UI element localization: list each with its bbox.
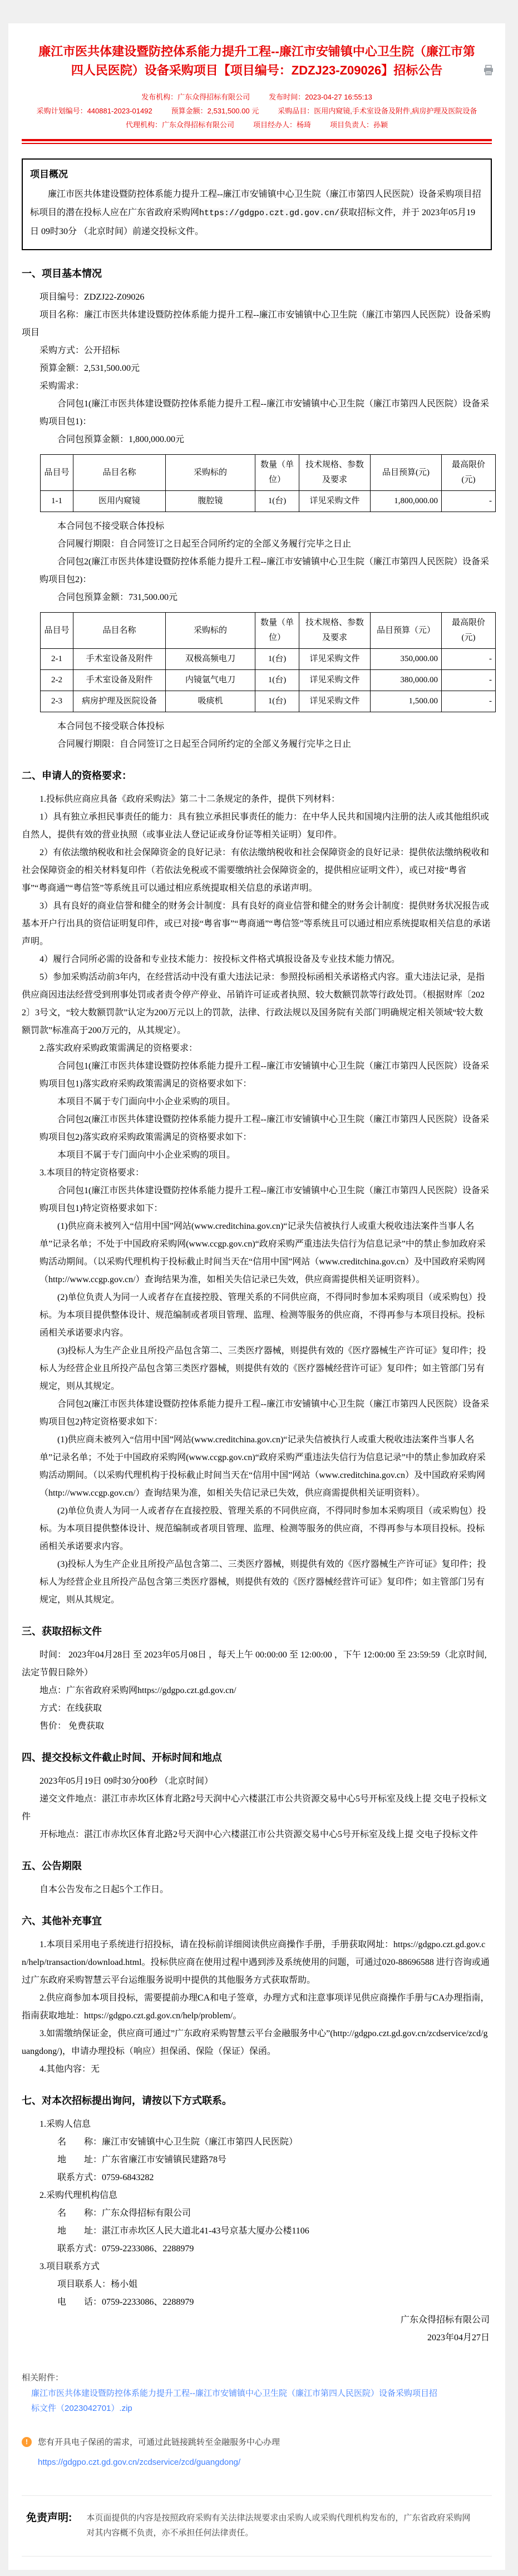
meta-item: 预算金额：2,531,500.00 元 [171, 104, 259, 118]
table-header-cell: 采购标的 [166, 455, 255, 491]
section-heading: 五、公告期限 [22, 1857, 492, 1875]
table-header-cell: 数量（单位） [255, 455, 299, 491]
attachments-list: 廉江市医共体建设暨防控体系能力提升工程--廉江市安铺镇中心卫生院（廉江市第四人民… [22, 2386, 492, 2416]
paragraph: 5）参加采购活动前3年内，在经营活动中没有重大违法记录：参照投标函相关承诺格式内… [22, 969, 492, 1040]
paragraph: 合同包2(廉江市医共体建设暨防控体系能力提升工程--廉江市安铺镇中心卫生院（廉江… [40, 1111, 492, 1146]
table-header-row: 品目号品目名称采购标的数量（单位）技术规格、参数及要求品目预算(元)最高限价(元… [41, 455, 496, 491]
items-table: 品目号品目名称采购标的数量（单位）技术规格、参数及要求品目预算(元)最高限价(元… [40, 454, 496, 512]
paragraph: 合同包1(廉江市医共体建设暨防控体系能力提升工程--廉江市安铺镇中心卫生院（廉江… [40, 1182, 492, 1218]
paragraph: 地点：广东省政府采购网https://gdgpo.czt.gd.gov.cn/ [22, 1682, 492, 1700]
paragraph: 合同包2(廉江市医共体建设暨防控体系能力提升工程--廉江市安铺镇中心卫生院（廉江… [40, 1396, 492, 1431]
paragraph: 采购需求： [22, 378, 492, 395]
paragraph: 递交文件地点：湛江市赤坎区体育北路2号天润中心六楼湛江市公共资源交易中心5号开标… [22, 1790, 492, 1826]
paragraph: (2)单位负责人为同一人或者存在直接控股、管理关系的不同供应商，不得同时参加本采… [40, 1502, 492, 1556]
table-cell: - [442, 649, 496, 670]
paragraph: 方式：在线获取 [22, 1700, 492, 1718]
section-heading: 七、对本次招标提出询问，请按以下方式联系。 [22, 2092, 492, 2110]
table-cell: 详见采购文件 [299, 649, 371, 670]
meta-item: 项目经办人：杨琦 [253, 118, 311, 132]
table-row: 2-2手术室设备及附件内镜氩气电刀1(台)详见采购文件380,000.00- [41, 670, 496, 691]
meta-item: 发布机构：广东众得招标有限公司 [141, 90, 250, 104]
section-heading: 三、获取招标文件 [22, 1622, 492, 1641]
table-cell: - [442, 670, 496, 691]
paragraph: 预算金额：2,531,500.00元 [22, 360, 492, 378]
table-row: 2-1手术室设备及附件双极高频电刀1(台)详见采购文件350,000.00- [41, 649, 496, 670]
paragraph: 项目联系人：杨小姐 [40, 2276, 492, 2294]
paragraph: 地 址：广东省廉江市安铺镇民建路78号 [40, 2151, 492, 2169]
table-cell: 病房护理及医院设备 [73, 691, 166, 712]
overview-title: 项目概况 [30, 166, 484, 183]
warning-icon: ! [22, 2437, 32, 2447]
table-cell: 1,800,000.00 [371, 491, 442, 512]
paragraph: 联系方式：0759-6843282 [40, 2169, 492, 2187]
paragraph: 3.项目联系方式 [22, 2258, 492, 2276]
notice-text: 您有开具电子保函的需求，可通过此链接跳转至金融服务中心办理 [38, 2436, 280, 2449]
paragraph: 售价： 免费获取 [22, 1718, 492, 1735]
meta-item: 代理机构：广东众得招标有限公司 [126, 118, 234, 132]
paragraph: 1）具有独立承担民事责任的能力：具有独立承担民事责任的能力：在中华人民共和国境内… [22, 808, 492, 844]
announcement-panel: 廉江市医共体建设暨防控体系能力提升工程--廉江市安铺镇中心卫生院（廉江市第四人民… [8, 23, 505, 2570]
paragraph: 电 话：0759-2233086、2288979 [40, 2294, 492, 2311]
attachments-label: 相关附件： [22, 2370, 492, 2386]
paragraph: 名 称：广东众得招标有限公司 [40, 2205, 492, 2222]
printer-icon[interactable] [483, 64, 494, 76]
table-cell: 380,000.00 [371, 670, 442, 691]
meta-line: 发布机构：广东众得招标有限公司发布时间：2023-04-27 16:55:13 [22, 90, 492, 104]
paragraph: (3)投标人为生产企业且所投产品包含第二、三类医疗器械，则提供有效的《医疗器械生… [40, 1556, 492, 1609]
section-heading: 六、其他补充事宜 [22, 1912, 492, 1930]
table-row: 2-3病房护理及医院设备吸痰机1(台)详见采购文件1,500.00- [41, 691, 496, 712]
paragraph: 3.如需缴纳保证金，供应商可通过”广东政府采购智慧云平台金融服务中心”(http… [22, 2025, 492, 2061]
table-cell: 1-1 [41, 491, 73, 512]
paragraph: 开标地点：湛江市赤坎区体育北路2号天润中心六楼湛江市公共资源交易中心5号开标室及… [22, 1826, 492, 1844]
table-header-cell: 品目名称 [73, 455, 166, 491]
paragraph: 1.投标供应商应具备《政府采购法》第二十二条规定的条件，提供下列材料： [22, 791, 492, 808]
table-cell: 手术室设备及附件 [73, 649, 166, 670]
paragraph: 2.落实政府采购政策需满足的资格要求： [22, 1040, 492, 1058]
table-cell: 内镜氩气电刀 [166, 670, 255, 691]
table-cell: 1,500.00 [371, 691, 442, 712]
table-header-cell: 最高限价(元) [442, 613, 496, 649]
paragraph: 1.本项目采用电子系统进行招投标，请在投标前详细阅读供应商操作手册，手册获取网址… [22, 1936, 492, 1989]
section-heading: 一、项目基本情况 [22, 265, 492, 283]
header-meta: 发布机构：广东众得招标有限公司发布时间：2023-04-27 16:55:13采… [22, 90, 492, 132]
table-header-cell: 技术规格、参数及要求 [299, 613, 371, 649]
paragraph: 4）履行合同所必需的设备和专业技术能力：按投标文件格式填报设备及专业技术能力情况… [22, 951, 492, 969]
paragraph: 合同包1(廉江市医共体建设暨防控体系能力提升工程--廉江市安铺镇中心卫生院（廉江… [40, 1058, 492, 1093]
overview-text: 廉江市医共体建设暨防控体系能力提升工程--廉江市安铺镇中心卫生院（廉江市第四人民… [30, 185, 484, 241]
paragraph: 合同履行期限：自合同签订之日起至合同所约定的全部义务履行完毕之日止 [40, 736, 492, 753]
table-cell: - [442, 491, 496, 512]
attachment-link[interactable]: 廉江市医共体建设暨防控体系能力提升工程--廉江市安铺镇中心卫生院（廉江市第四人民… [31, 2386, 443, 2416]
paragraph: 2）有依法缴纳税收和社会保障资金的良好记录：有依法缴纳税收和社会保障资金的良好记… [22, 844, 492, 897]
paragraph: 2.供应商参加本项目投标，需要提前办理CA和电子签章，办理方式和注意事项详见供应… [22, 1989, 492, 2025]
red-divider [22, 139, 492, 144]
page-title: 廉江市医共体建设暨防控体系能力提升工程--廉江市安铺镇中心卫生院（廉江市第四人民… [37, 42, 476, 80]
section-heading: 四、提交投标文件截止时间、开标时间和地点 [22, 1749, 492, 1767]
paragraph: (2)单位负责人为同一人或者存在直接控股、管理关系的不同供应商，不得同时参加本采… [40, 1289, 492, 1342]
table-header-cell: 数量（单位） [255, 613, 299, 649]
meta-item: 采购计划编号：440881-2023-01492 [37, 104, 152, 118]
paragraph: 本项目不属于专门面向中小企业采购的项目。 [40, 1093, 492, 1111]
table-header-cell: 品目号 [41, 613, 73, 649]
paragraph: 项目名称：廉江市医共体建设暨防控体系能力提升工程--廉江市安铺镇中心卫生院（廉江… [22, 306, 492, 342]
meta-line: 代理机构：广东众得招标有限公司项目经办人：杨琦项目负责人：孙颖 [22, 118, 492, 132]
paragraph: 2023年04月27日 [22, 2329, 490, 2347]
paragraph: 时间： 2023年04月28日 至 2023年05月08日 ，每天上午 00:0… [22, 1646, 492, 1682]
meta-item: 项目负责人：孙颖 [330, 118, 388, 132]
table-cell: 2-3 [41, 691, 73, 712]
table-header-cell: 最高限价(元) [442, 455, 496, 491]
project-overview-box: 项目概况 廉江市医共体建设暨防控体系能力提升工程--廉江市安铺镇中心卫生院（廉江… [22, 158, 492, 250]
finance-center-link[interactable]: https://gdgpo.czt.gd.gov.cn/zcdservice/z… [38, 2456, 240, 2469]
table-cell: 手术室设备及附件 [73, 670, 166, 691]
attachments-block: 相关附件： 廉江市医共体建设暨防控体系能力提升工程--廉江市安铺镇中心卫生院（廉… [22, 2370, 492, 2416]
paragraph: (3)投标人为生产企业且所投产品包含第二、三类医疗器械，则提供有效的《医疗器械生… [40, 1342, 492, 1396]
table-cell: 350,000.00 [371, 649, 442, 670]
table-header-row: 品目号品目名称采购标的数量（单位）技术规格、参数及要求品目预算（元）最高限价(元… [41, 613, 496, 649]
paragraph: 合同包2(廉江市医共体建设暨防控体系能力提升工程--廉江市安铺镇中心卫生院（廉江… [40, 553, 492, 589]
paragraph: 自本公告发布之日起5个工作日。 [22, 1881, 492, 1899]
section-heading: 二、申请人的资格要求： [22, 767, 492, 785]
table-header-cell: 品目名称 [73, 613, 166, 649]
paragraph: 1.采购人信息 [22, 2116, 492, 2133]
meta-line: 采购计划编号：440881-2023-01492预算金额：2,531,500.0… [22, 104, 492, 118]
table-header-cell: 品目号 [41, 455, 73, 491]
meta-item: 采购品目：医用内窥镜,手术室设备及附件,病房护理及医院设备 [278, 104, 477, 118]
paragraph: 地 址：湛江市赤坎区人民大道北41-43号京基大厦办公楼1106 [40, 2222, 492, 2240]
paragraph: 合同履行期限：自合同签订之日起至合同所约定的全部义务履行完毕之日止 [40, 535, 492, 553]
table-cell: 1(台) [255, 670, 299, 691]
table-cell: 腹腔镜 [166, 491, 255, 512]
table-cell: 吸痰机 [166, 691, 255, 712]
paragraph: 采购方式：公开招标 [22, 342, 492, 360]
paragraph: (1)供应商未被列入“信用中国”网站(www.creditchina.gov.c… [40, 1218, 492, 1289]
paragraph: 2023年05月19日 09时30分00秒 （北京时间） [22, 1773, 492, 1790]
paragraph: 项目编号：ZDZJ22-Z09026 [22, 289, 492, 306]
paragraph: 合同包预算金额：731,500.00元 [40, 589, 492, 607]
guarantee-notice: ! 您有开具电子保函的需求，可通过此链接跳转至金融服务中心办理 https://… [22, 2436, 492, 2469]
table-cell: 1(台) [255, 491, 299, 512]
paragraph: 3）具有良好的商业信誉和健全的财务会计制度：具有良好的商业信誉和健全的财务会计制… [22, 897, 492, 951]
paragraph: 合同包预算金额：1,800,000.00元 [40, 431, 492, 449]
paragraph: 名 称：廉江市安铺镇中心卫生院（廉江市第四人民医院） [40, 2133, 492, 2151]
paragraph: 本项目不属于专门面向中小企业采购的项目。 [40, 1146, 492, 1164]
table-header-cell: 技术规格、参数及要求 [299, 455, 371, 491]
paragraph: 2.采购代理机构信息 [22, 2187, 492, 2205]
table-header-cell: 品目预算(元) [371, 455, 442, 491]
table-header-cell: 采购标的 [166, 613, 255, 649]
disclaimer-label: 免责声明: [26, 2510, 72, 2526]
table-cell: 详见采购文件 [299, 491, 371, 512]
table-cell: 双极高频电刀 [166, 649, 255, 670]
overview-url: https://gdgpo.czt.gd.gov.cn/ [199, 209, 339, 218]
table-cell: 详见采购文件 [299, 670, 371, 691]
paragraph: 广东众得招标有限公司 [22, 2311, 490, 2329]
disclaimer-text: 本页面提供的内容是按照政府采购有关法律法规要求由采购人或采购代理机构发布的，广东… [86, 2510, 476, 2540]
meta-item: 发布时间：2023-04-27 16:55:13 [269, 90, 372, 104]
table-row: 1-1医用内窥镜腹腔镜1(台)详见采购文件1,800,000.00- [41, 491, 496, 512]
table-cell: 2-2 [41, 670, 73, 691]
paragraph: 3.本项目的特定资格要求： [22, 1164, 492, 1182]
table-cell: - [442, 691, 496, 712]
table-cell: 1(台) [255, 649, 299, 670]
paragraph: (1)供应商未被列入“信用中国”网站(www.creditchina.gov.c… [40, 1431, 492, 1502]
paragraph: 合同包1(廉江市医共体建设暨防控体系能力提升工程--廉江市安铺镇中心卫生院（廉江… [40, 395, 492, 431]
table-cell: 1(台) [255, 691, 299, 712]
paragraph: 本合同包不接受联合体投标 [40, 518, 492, 535]
items-table: 品目号品目名称采购标的数量（单位）技术规格、参数及要求品目预算（元）最高限价(元… [40, 612, 496, 712]
table-cell: 详见采购文件 [299, 691, 371, 712]
paragraph: 4.其他内容：无 [22, 2061, 492, 2078]
paragraph: 联系方式：0759-2233086、2288979 [40, 2240, 492, 2258]
table-header-cell: 品目预算（元） [371, 613, 442, 649]
table-cell: 医用内窥镜 [73, 491, 166, 512]
table-cell: 2-1 [41, 649, 73, 670]
announcement-body: 一、项目基本情况项目编号：ZDZJ22-Z09026项目名称：廉江市医共体建设暨… [22, 265, 492, 2347]
disclaimer-block: 免责声明: 本页面提供的内容是按照政府采购有关法律法规要求由采购人或采购代理机构… [22, 2496, 492, 2556]
paragraph: 本合同包不接受联合体投标 [40, 718, 492, 736]
